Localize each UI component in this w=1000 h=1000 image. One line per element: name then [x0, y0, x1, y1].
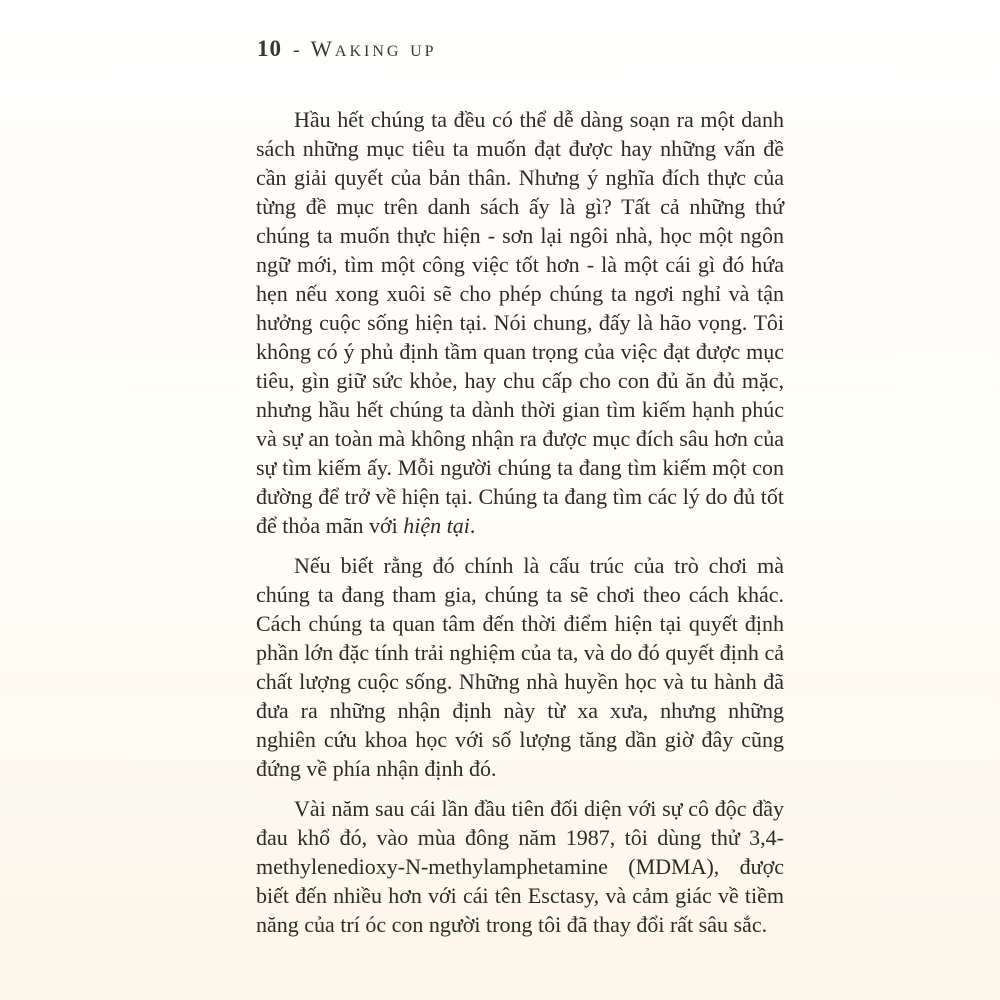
page-body-text: Hầu hết chúng ta đều có thể dễ dàng soạn…: [256, 105, 784, 939]
text-run: Hầu hết chúng ta đều có thể dễ dàng soạn…: [256, 107, 784, 538]
paragraph: Nếu biết rằng đó chính là cấu trúc của t…: [256, 551, 784, 783]
book-title: Waking up: [311, 36, 437, 62]
text-run: .: [470, 513, 476, 538]
header-separator: -: [293, 39, 300, 62]
running-header: 10 - Waking up: [257, 36, 437, 62]
book-page: 10 - Waking up Hầu hết chúng ta đều có t…: [0, 0, 1000, 1000]
text-run: Vài năm sau cái lần đầu tiên đối diện vớ…: [256, 796, 784, 937]
paragraph: Hầu hết chúng ta đều có thể dễ dàng soạn…: [256, 105, 784, 540]
text-run: Nếu biết rằng đó chính là cấu trúc của t…: [256, 553, 784, 781]
italic-text-run: hiện tại: [403, 513, 470, 538]
paragraph: Vài năm sau cái lần đầu tiên đối diện vớ…: [256, 794, 784, 939]
page-number: 10: [257, 36, 282, 62]
